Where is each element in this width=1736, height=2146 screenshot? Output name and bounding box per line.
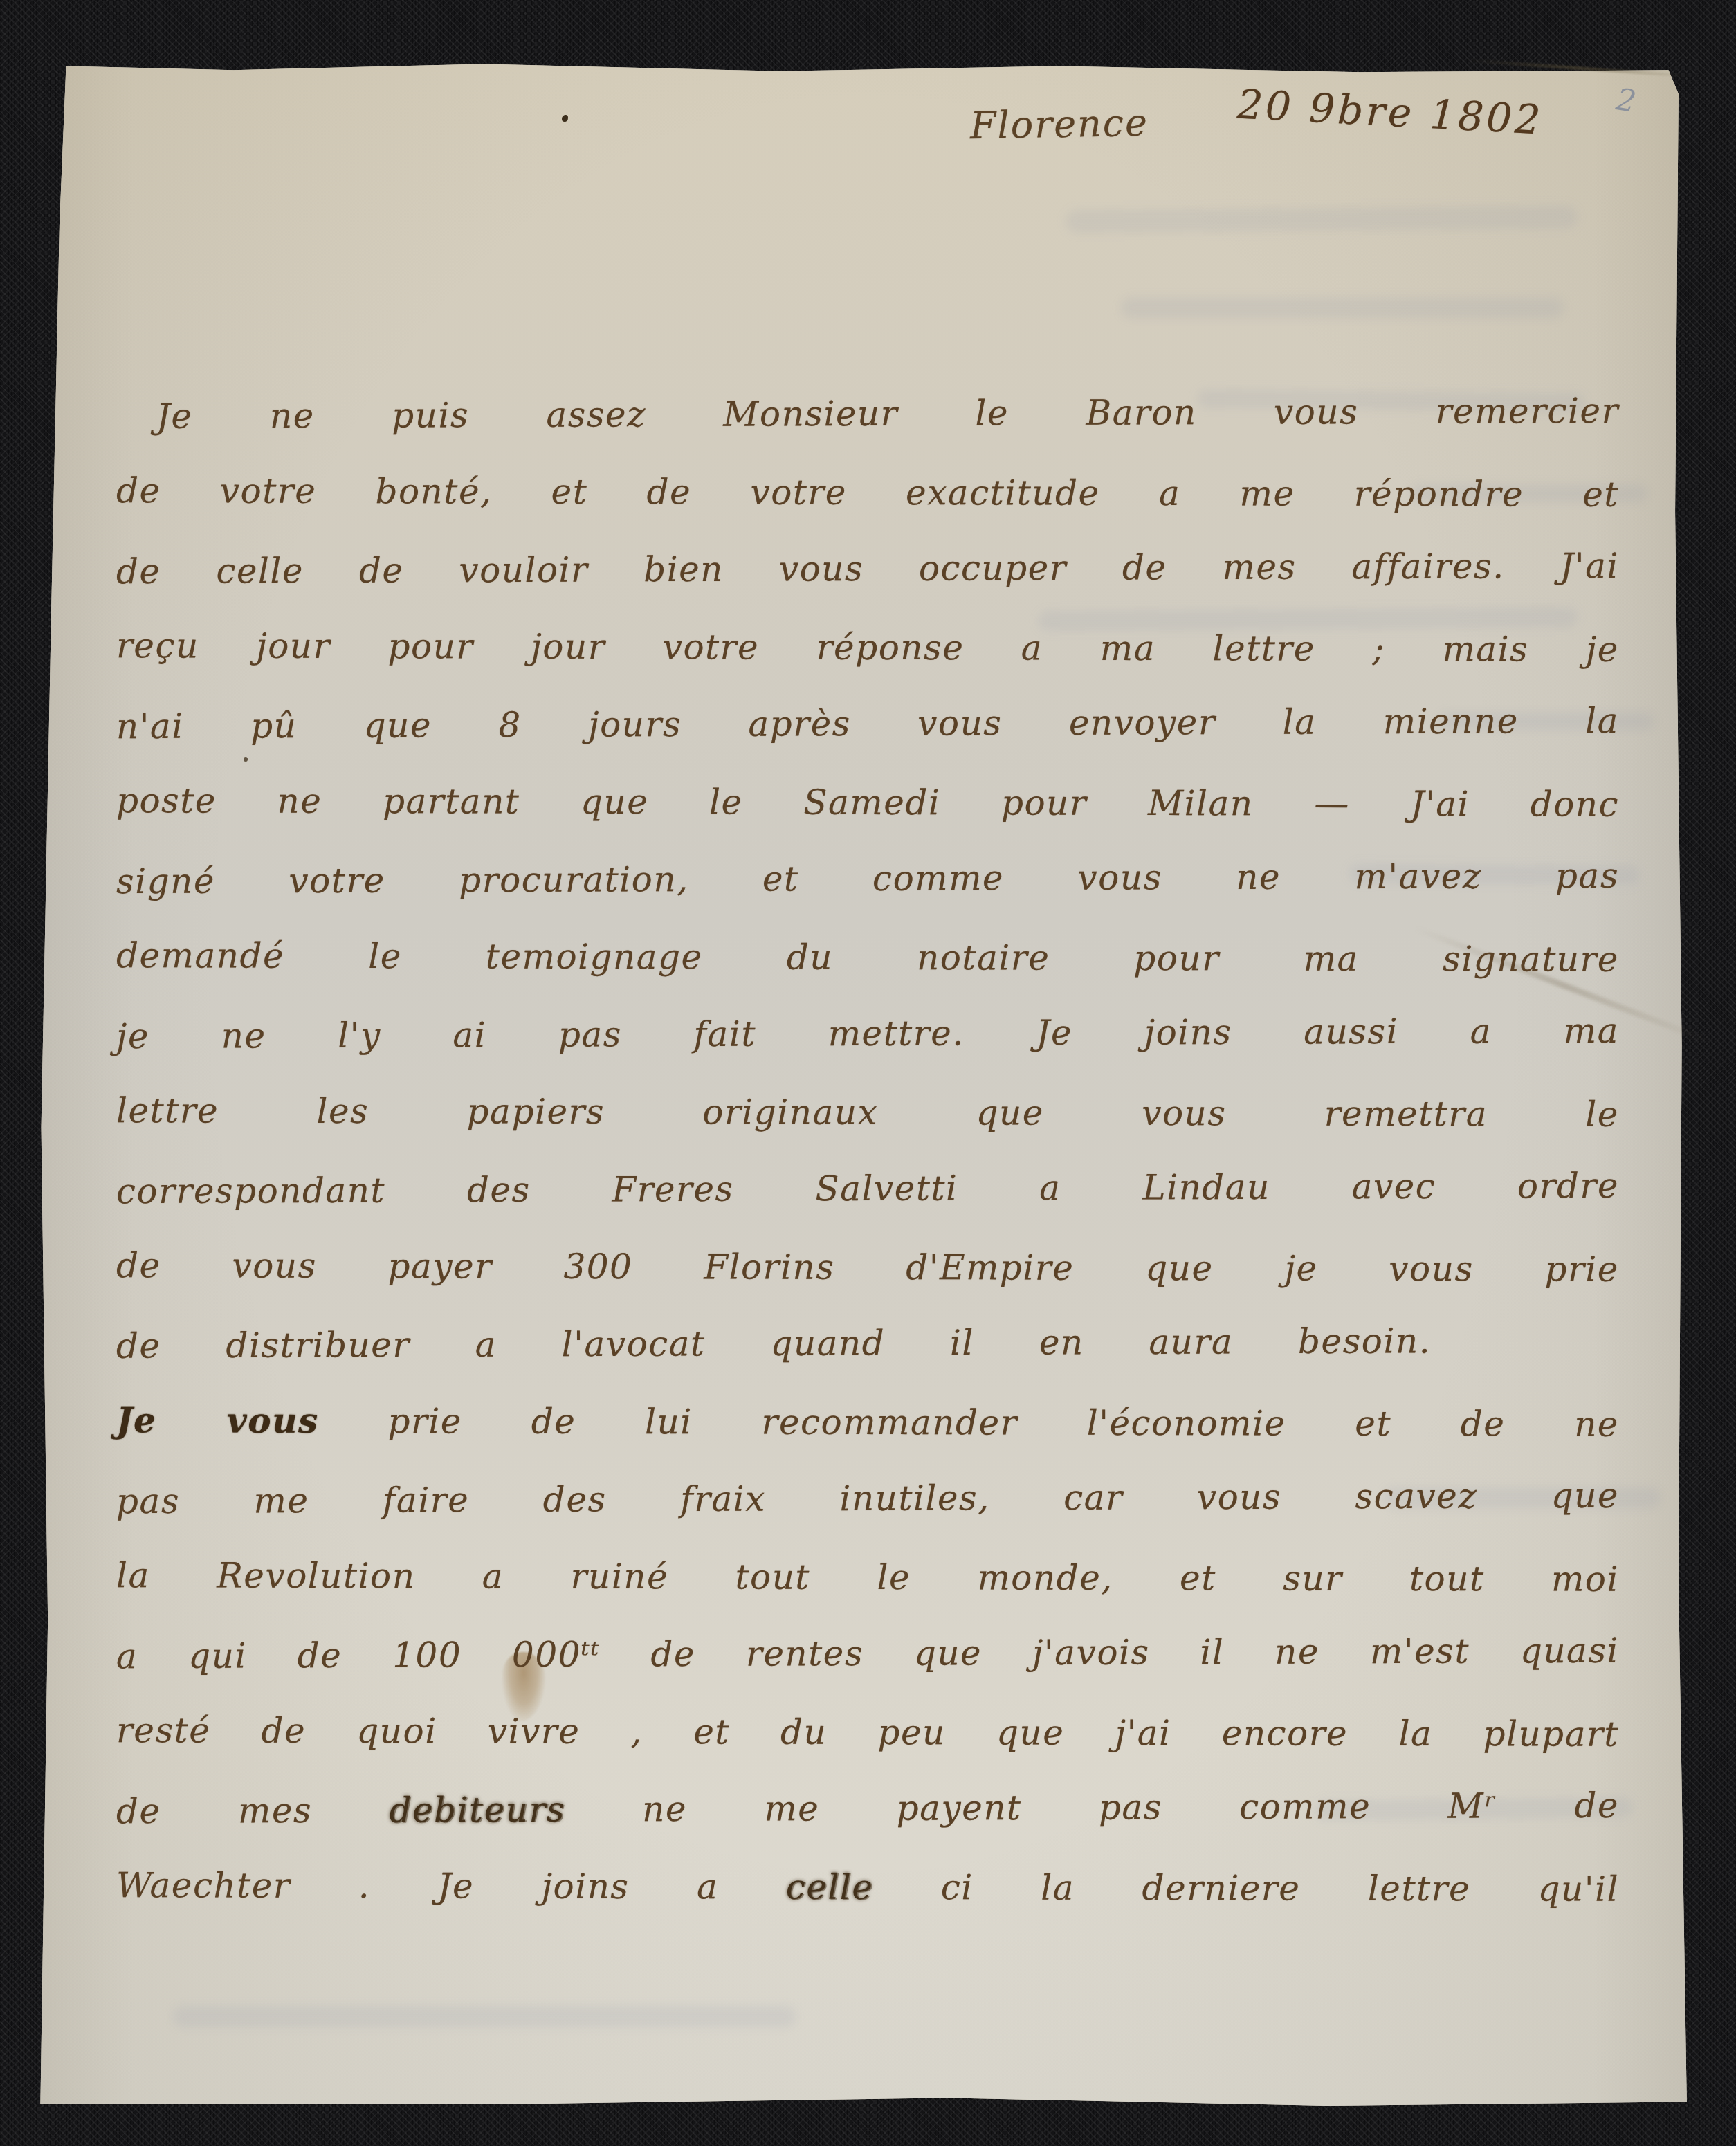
letter-line-2: de votre bonté, et de votre exactitude a… xyxy=(116,452,1619,533)
letter-line-18-segment: resté de quoi vivre , et du peu que j'ai… xyxy=(116,1710,1619,1754)
letter-line-13-segment: de distribuer a l'avocat quand il en aur… xyxy=(116,1321,1431,1366)
letter-line-16-segment: la Revolution a ruiné tout le monde, et … xyxy=(116,1555,1619,1599)
letter-line-5-segment: n'ai pû que 8 jours après vous envoyer l… xyxy=(116,701,1619,746)
dateline-place: Florence xyxy=(969,101,1149,147)
letter-line-19-segment: de mes xyxy=(116,1790,390,1832)
letter-line-14-segment: prie de lui recommander l'économie et de… xyxy=(319,1401,1619,1445)
letter-line-9: je ne l'y ai pas fait mettre. Je joins a… xyxy=(116,992,1619,1075)
letter-line-11: correspondant des Freres Salvetti a Lind… xyxy=(116,1147,1619,1230)
letter-line-8: demandé le temoignage du notaire pour ma… xyxy=(116,917,1619,998)
verso-showthrough xyxy=(1066,205,1578,233)
letter-line-6-segment: poste ne partant que le Samedi pour Mila… xyxy=(116,780,1619,825)
letter-line-19: de mes debiteurs ne me payent pas comme … xyxy=(116,1767,1619,1850)
letter-line-20-segment: Waechter . Je joins a xyxy=(116,1865,786,1907)
letter-body: Je ne puis assez Monsieur le Baron vous … xyxy=(116,375,1619,1925)
letter-line-13: de distribuer a l'avocat quand il en aur… xyxy=(116,1302,1431,1384)
letter-line-17: a qui de 100 000ᵗᵗ de rentes que j'avois… xyxy=(116,1612,1619,1695)
letter-line-14: Je vous prie de lui recommander l'économ… xyxy=(116,1382,1619,1463)
letter-line-20-segment: ci la derniere lettre qu'il xyxy=(873,1867,1619,1909)
letter-line-1: Je ne puis assez Monsieur le Baron vous … xyxy=(116,372,1619,455)
letter-line-3: de celle de vouloir bien vous occuper de… xyxy=(116,527,1619,610)
letter-line-7-segment: signé votre procuration, et comme vous n… xyxy=(116,856,1619,901)
letter-line-3-segment: de celle de vouloir bien vous occuper de… xyxy=(116,546,1619,591)
letter-line-4: reçu jour pour jour votre réponse a ma l… xyxy=(116,607,1619,688)
letter-line-6: poste ne partant que le Samedi pour Mila… xyxy=(116,762,1619,843)
letter-line-4-segment: reçu jour pour jour votre réponse a ma l… xyxy=(116,625,1619,670)
letter-line-11-segment: correspondant des Freres Salvetti a Lind… xyxy=(116,1166,1619,1211)
verso-showthrough xyxy=(1121,297,1564,318)
letter-line-19-segment: ne me payent pas comme Mʳ de xyxy=(565,1786,1619,1830)
letter-line-14-segment: Je vous xyxy=(116,1400,319,1441)
letter-line-2-segment: de votre bonté, et de votre exactitude a… xyxy=(116,470,1619,515)
letter-line-15: pas me faire des fraix inutiles, car vou… xyxy=(116,1457,1619,1540)
letter-line-17-segment: a qui de 100 000ᵗᵗ de rentes que j'avois… xyxy=(116,1631,1619,1676)
letter-line-12-segment: de vous payer 300 Florins d'Empire que j… xyxy=(116,1245,1619,1290)
letter-line-12: de vous payer 300 Florins d'Empire que j… xyxy=(116,1227,1619,1308)
letter-line-15-segment: pas me faire des fraix inutiles, car vou… xyxy=(116,1476,1619,1521)
letter-line-18: resté de quoi vivre , et du peu que j'ai… xyxy=(116,1691,1619,1773)
letter-line-19-segment: debiteurs xyxy=(389,1790,565,1831)
letter-line-1-segment: Je ne puis assez Monsieur le Baron vous … xyxy=(156,391,1619,437)
letter-photo-background: Florence 20 9bre 1802 2 Je ne puis assez… xyxy=(0,0,1736,2146)
letter-line-20: Waechter . Je joins a celle ci la dernie… xyxy=(116,1846,1619,1928)
letter-line-10: lettre les papiers originaux que vous re… xyxy=(116,1072,1619,1153)
letter-line-10-segment: lettre les papiers originaux que vous re… xyxy=(116,1090,1619,1135)
letter-line-7: signé votre procuration, et comme vous n… xyxy=(116,837,1619,920)
letter-line-8-segment: demandé le temoignage du notaire pour ma… xyxy=(116,935,1619,980)
letter-line-16: la Revolution a ruiné tout le monde, et … xyxy=(116,1537,1619,1618)
letter-line-5: n'ai pû que 8 jours après vous envoyer l… xyxy=(116,682,1619,765)
letter-line-20-segment: celle xyxy=(786,1867,874,1907)
verso-showthrough xyxy=(173,2006,796,2027)
letter-line-9-segment: je ne l'y ai pas fait mettre. Je joins a… xyxy=(116,1011,1619,1056)
